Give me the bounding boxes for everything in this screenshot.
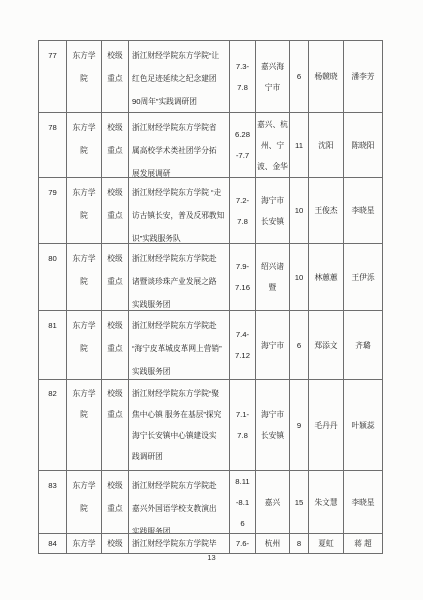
cell-number: 79 — [39, 178, 67, 244]
cell-advisor-name: 李晓星 — [344, 471, 383, 534]
cell-number: 77 — [39, 41, 67, 113]
cell-team-name: 浙江财经学院东方学院毕 — [129, 534, 230, 554]
cell-leader-name: 杨競晓 — [309, 41, 344, 113]
cell-number: 83 — [39, 471, 67, 534]
cell-college-name: 东方学 院 — [67, 244, 102, 311]
cell-dates: 8.11 -8.1 6 — [230, 471, 256, 534]
table-row: 78 东方学 院 校级 重点 浙江财经学院东方学院省 属高校学术类社团学分拓 展… — [39, 113, 383, 178]
cell-advisor-name: 叶颖蕊 — [344, 380, 383, 471]
cell-leader-name: 王俊杰 — [309, 178, 344, 244]
cell-project-level: 校级 重点 — [102, 311, 129, 380]
cell-leader-name: 沈阳 — [309, 113, 344, 178]
cell-team-name: 浙江财经学院东方学院赴 “海宁皮革城皮革网上营销” 实践服务团 — [129, 311, 230, 380]
cell-project-level: 校级 重点 — [102, 113, 129, 178]
cell-college-name: 东方学 院 — [67, 41, 102, 113]
cell-advisor-name: 李晓星 — [344, 178, 383, 244]
table-row: 80 东方学 院 校级 重点 浙江财经学院东方学院赴 诸暨谈珍珠产业发展之路 实… — [39, 244, 383, 311]
cell-location: 海宁市 长安镇 — [256, 178, 290, 244]
cell-project-level: 校级 — [102, 534, 129, 554]
cell-college-name: 东方学 院 — [67, 113, 102, 178]
table-row: 79 东方学 院 校级 重点 浙江财经学院东方学院 “走 访古镇长安，普及反邪教… — [39, 178, 383, 244]
cell-dates: 7.2- 7.8 — [230, 178, 256, 244]
cell-advisor-name: 陈晓阳 — [344, 113, 383, 178]
cell-dates: 7.4- 7.12 — [230, 311, 256, 380]
cell-leader-name: 林蕙蕙 — [309, 244, 344, 311]
cell-number: 81 — [39, 311, 67, 380]
cell-team-name: 浙江财经学院东方学院 “走 访古镇长安，普及反邪教知 识”实践服务队 — [129, 178, 230, 244]
cell-location: 嘉兴、杭 州、宁 波、金华 — [256, 113, 290, 178]
cell-dates: 6.28 -7.7 — [230, 113, 256, 178]
cell-leader-name: 朱文慧 — [309, 471, 344, 534]
table-row: 83 东方学 院 校级 重点 浙江财经学院东方学院赴 嘉兴外国语学校支教演出 实… — [39, 471, 383, 534]
page-number: 13 — [0, 553, 423, 562]
table-row: 77 东方学 院 校级 重点 浙江财经学院东方学院“让 红色足迹延续之纪念建团 … — [39, 41, 383, 113]
cell-dates: 7.9- 7.16 — [230, 244, 256, 311]
cell-member-count: 9 — [290, 380, 309, 471]
cell-member-count: 6 — [290, 41, 309, 113]
cell-location: 海宁市 长安镇 — [256, 380, 290, 471]
cell-member-count: 15 — [290, 471, 309, 534]
cell-project-level: 校级 重点 — [102, 471, 129, 534]
cell-member-count: 6 — [290, 311, 309, 380]
cell-dates: 7.1- 7.8 — [230, 380, 256, 471]
cell-project-level: 校级 重点 — [102, 244, 129, 311]
cell-team-name: 浙江财经学院东方学院“让 红色足迹延续之纪念建团 90周年”实践调研团 — [129, 41, 230, 113]
cell-number: 82 — [39, 380, 67, 471]
cell-project-level: 校级 重点 — [102, 41, 129, 113]
table-row: 81 东方学 院 校级 重点 浙江财经学院东方学院赴 “海宁皮革城皮革网上营销”… — [39, 311, 383, 380]
cell-leader-name: 毛丹丹 — [309, 380, 344, 471]
cell-location: 绍兴诸 暨 — [256, 244, 290, 311]
cell-member-count: 10 — [290, 178, 309, 244]
cell-location: 嘉兴 — [256, 471, 290, 534]
cell-college-name: 东方学 院 — [67, 471, 102, 534]
cell-member-count: 10 — [290, 244, 309, 311]
cell-team-name: 浙江财经学院东方学院省 属高校学术类社团学分拓 展发展调研 — [129, 113, 230, 178]
cell-leader-name: 夏虹 — [309, 534, 344, 554]
cell-project-level: 校级 重点 — [102, 178, 129, 244]
cell-college-name: 东方学 院 — [67, 311, 102, 380]
activities-table: 77 东方学 院 校级 重点 浙江财经学院东方学院“让 红色足迹延续之纪念建团 … — [38, 40, 383, 554]
cell-dates: 7.6- — [230, 534, 256, 554]
cell-leader-name: 郑添文 — [309, 311, 344, 380]
cell-number: 78 — [39, 113, 67, 178]
cell-project-level: 校级 重点 — [102, 380, 129, 471]
cell-college-name: 东方学 院 — [67, 178, 102, 244]
cell-member-count: 8 — [290, 534, 309, 554]
cell-dates: 7.3- 7.8 — [230, 41, 256, 113]
cell-advisor-name: 潘李芳 — [344, 41, 383, 113]
cell-member-count: 11 — [290, 113, 309, 178]
cell-team-name: 浙江财经学院东方学院“聚 焦中心镇 服务在基层”探究 海宁长安镇中心镇建设实 践… — [129, 380, 230, 471]
cell-college-name: 东方学 — [67, 534, 102, 554]
table-row: 82 东方学 院 校级 重点 浙江财经学院东方学院“聚 焦中心镇 服务在基层”探… — [39, 380, 383, 471]
cell-location: 杭州 — [256, 534, 290, 554]
document-page: 77 东方学 院 校级 重点 浙江财经学院东方学院“让 红色足迹延续之纪念建团 … — [0, 0, 423, 600]
cell-team-name: 浙江财经学院东方学院赴 嘉兴外国语学校支教演出 实践服务团 — [129, 471, 230, 534]
cell-advisor-name: 齐璐 — [344, 311, 383, 380]
cell-number: 80 — [39, 244, 67, 311]
table-row: 84 东方学 校级 浙江财经学院东方学院毕 7.6- 杭州 8 夏虹 蒋 超 — [39, 534, 383, 554]
cell-location: 嘉兴海 宁市 — [256, 41, 290, 113]
cell-location: 海宁市 — [256, 311, 290, 380]
cell-college-name: 东方学 院 — [67, 380, 102, 471]
cell-team-name: 浙江财经学院东方学院赴 诸暨谈珍珠产业发展之路 实践服务团 — [129, 244, 230, 311]
cell-advisor-name: 蒋 超 — [344, 534, 383, 554]
cell-advisor-name: 王伊泺 — [344, 244, 383, 311]
cell-number: 84 — [39, 534, 67, 554]
